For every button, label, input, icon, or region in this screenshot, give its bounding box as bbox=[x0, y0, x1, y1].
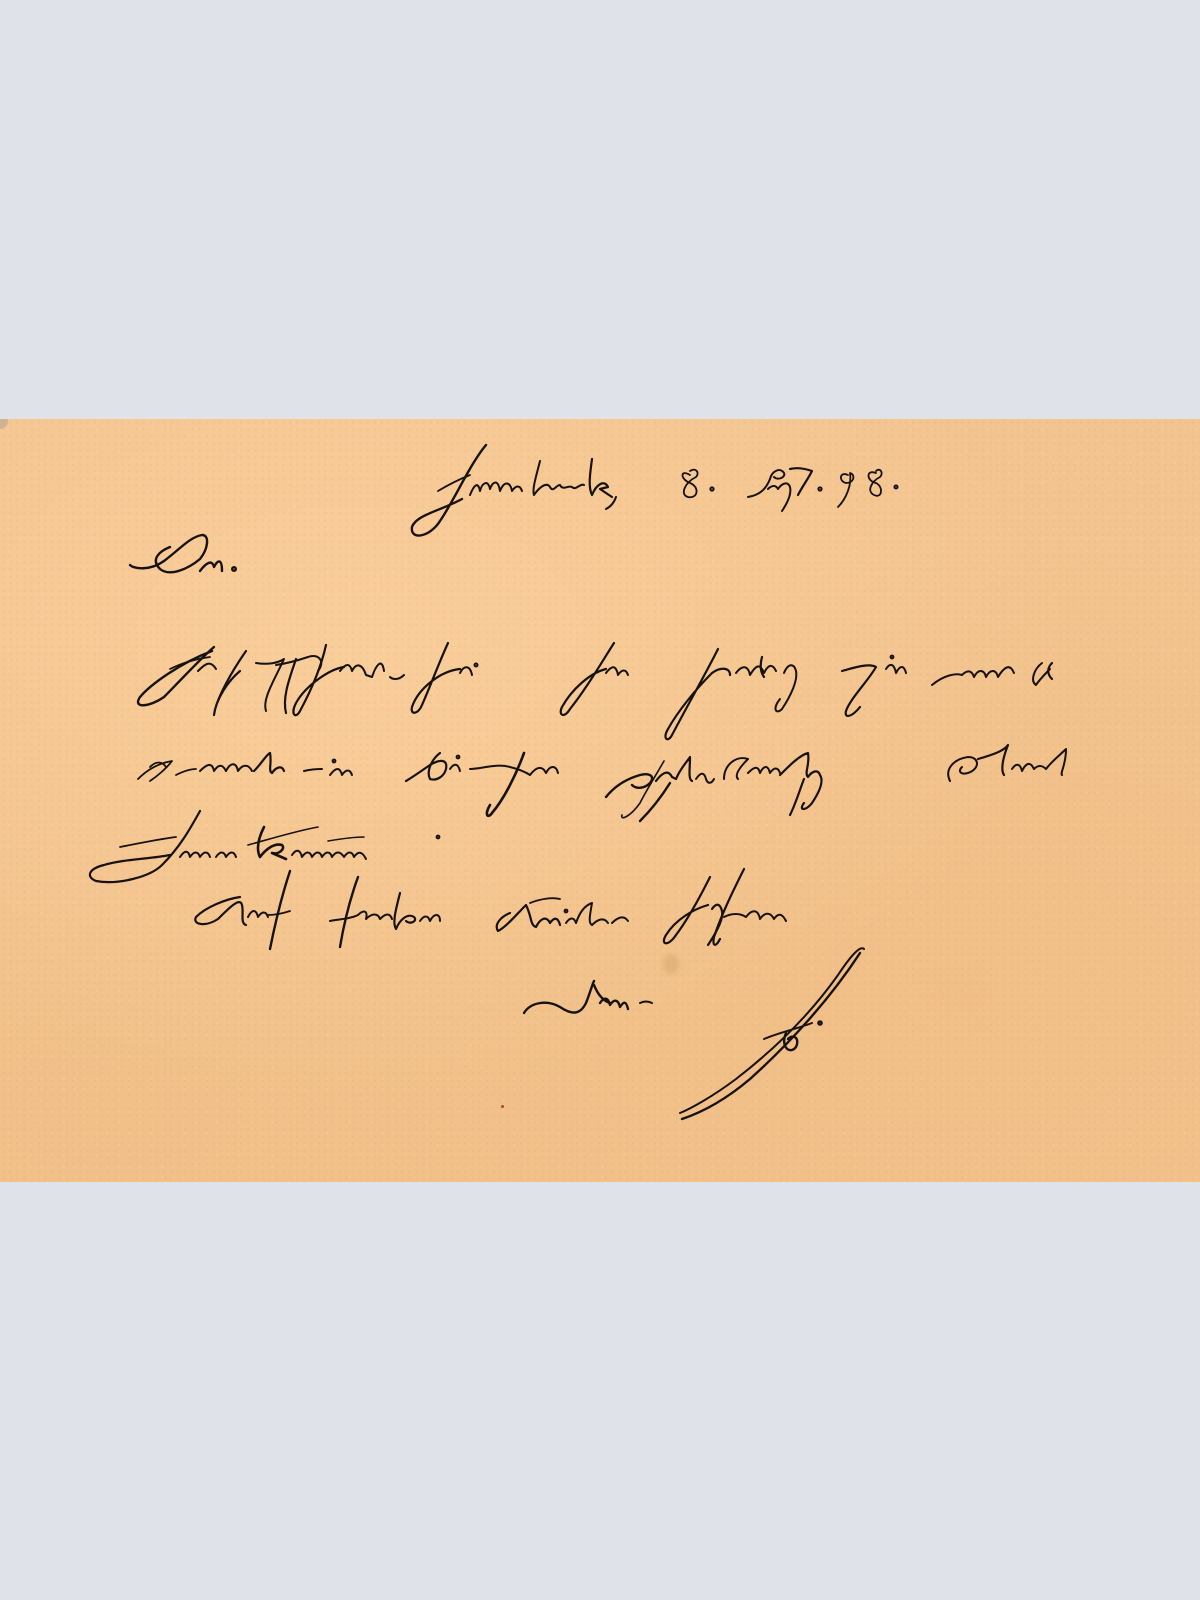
handwriting-ink bbox=[0, 419, 1200, 1182]
sign-off-ink bbox=[524, 981, 652, 1013]
closing-ink bbox=[195, 869, 786, 949]
salutation-ink bbox=[130, 535, 236, 572]
postcard: Innsbruck, 8. Sept. 98. L. M. Ich hoffe … bbox=[0, 419, 1200, 1182]
body-line-1-ink-right bbox=[561, 643, 1052, 739]
body-line-2-ink-right bbox=[606, 745, 1066, 821]
signature-ink bbox=[680, 948, 864, 1119]
body-line-3-ink bbox=[90, 811, 440, 882]
dateline-ink bbox=[412, 445, 898, 536]
body-line-1-ink bbox=[138, 643, 477, 715]
body-line-2-ink bbox=[138, 753, 558, 816]
